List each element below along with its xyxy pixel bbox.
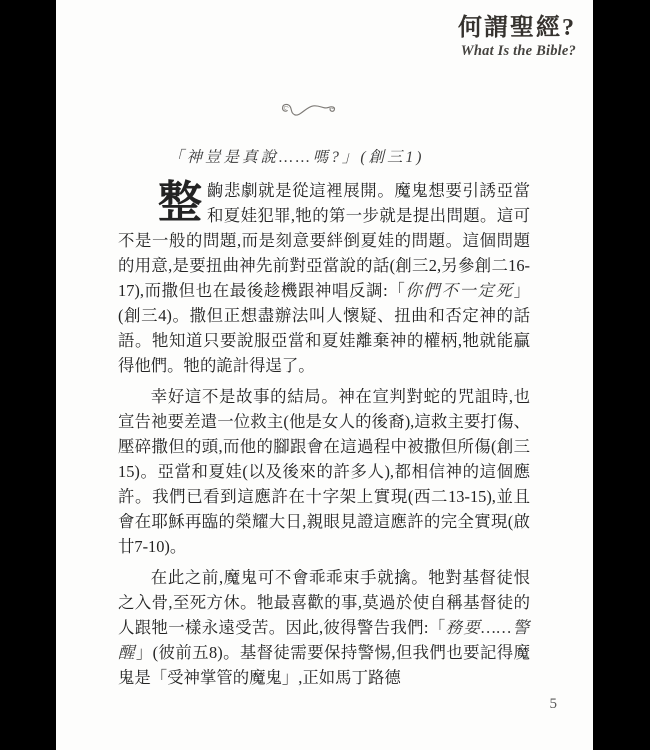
running-header: 何謂聖經? What Is the Bible? (458, 14, 576, 60)
body-paragraph: 整齣悲劇就是從這裡展開。魔鬼想要引誘亞當和夏娃犯罪,牠的第一步就是提出問題。這可… (118, 178, 530, 378)
drop-cap: 整 (158, 178, 207, 226)
chapter-title: 何謂聖經? (458, 14, 576, 42)
body-paragraph: 幸好這不是故事的結局。神在宣判對蛇的咒詛時,也宣告祂要差遣一位救主(他是女人的後… (118, 384, 530, 559)
book-page: 何謂聖經? What Is the Bible? 「神豈是真說……嗎?」(創三1… (56, 0, 593, 750)
body-text: 幸好這不是故事的結局。神在宣判對蛇的咒詛時,也宣告祂要差遣一位救主(他是女人的後… (118, 387, 530, 556)
scripture-quote: 你們不一定死 (405, 281, 513, 300)
epigraph-quote: 「神豈是真說……嗎?」(創三1) (168, 147, 530, 169)
body-paragraph: 在此之前,魔鬼可不會乖乖束手就擒。牠對基督徒恨之入骨,至死方休。牠最喜歡的事,莫… (118, 565, 530, 690)
paragraphs-container: 整齣悲劇就是從這裡展開。魔鬼想要引誘亞當和夏娃犯罪,牠的第一步就是提出問題。這可… (118, 178, 530, 690)
page-number: 5 (550, 696, 558, 713)
scan-matte-left (0, 0, 56, 750)
body-text: 」(彼前五8)。基督徒需要保持警惕,但我們也要記得魔鬼是「受神掌管的魔鬼」,正如… (118, 643, 530, 687)
body-text-block: 「神豈是真說……嗎?」(創三1) 整齣悲劇就是從這裡展開。魔鬼想要引誘亞當和夏娃… (118, 147, 530, 690)
chapter-subtitle: What Is the Bible? (458, 43, 576, 60)
swirl-ornament-icon (280, 94, 342, 124)
scan-matte-right (593, 0, 650, 750)
